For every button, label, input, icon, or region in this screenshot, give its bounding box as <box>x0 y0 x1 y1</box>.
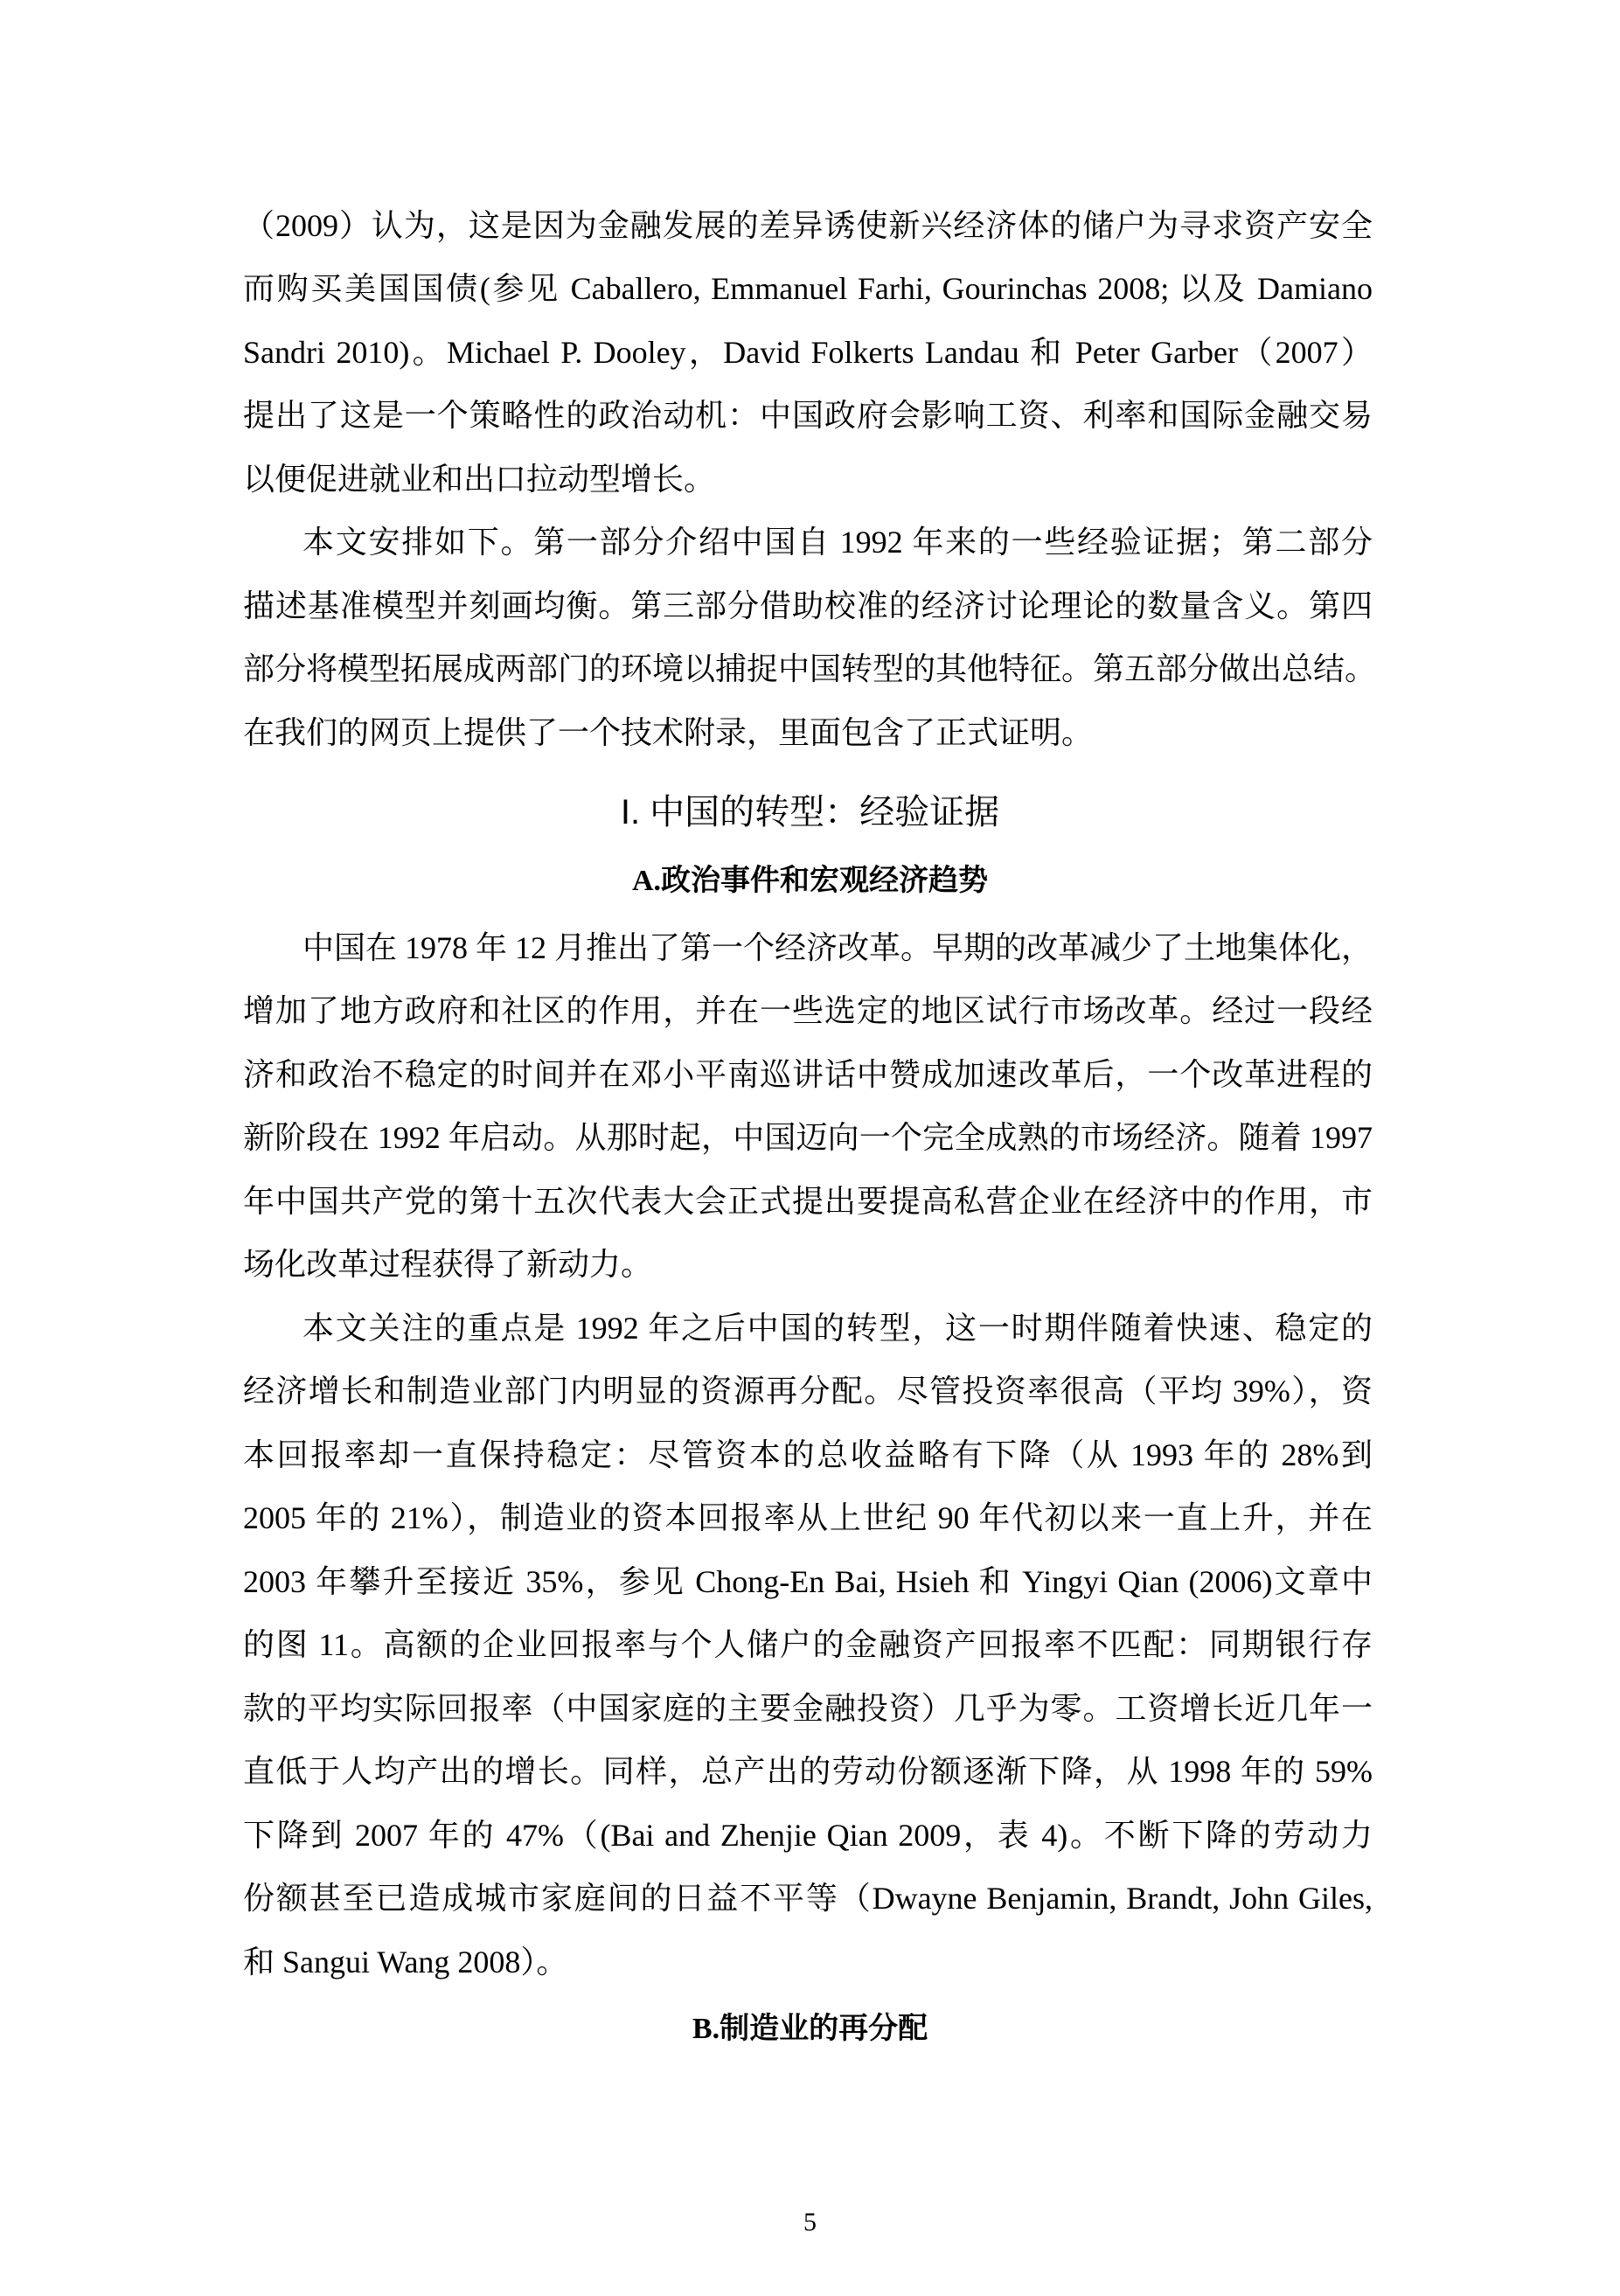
body-text-line: 增加了地方政府和社区的作用，并在一些选定的地区试行市场改革。经过一段经 <box>243 991 1373 1030</box>
body-text-line: 本回报率却一直保持稳定：尽管资本的总收益略有下降（从 1993 年的 28%到 <box>243 1436 1373 1474</box>
body-text-line: 新阶段在 1992 年启动。从那时起，中国迈向一个完全成熟的市场经济。随着 19… <box>243 1118 1373 1157</box>
body-text-line: 直低于人均产出的增长。同样，总产出的劳动份额逐渐下降，从 1998 年的 59% <box>243 1752 1373 1791</box>
body-text-line: 经济增长和制造业部门内明显的资源再分配。尽管投资率很高（平均 39%），资 <box>243 1372 1373 1410</box>
body-text-line: 2005 年的 21%），制造业的资本回报率从上世纪 90 年代初以来一直上升，… <box>243 1499 1373 1537</box>
subsection-heading-a: A.政治事件和宏观经济趋势 <box>0 862 1620 901</box>
body-text-line: 中国在 1978 年 12 月推出了第一个经济改革。早期的改革减少了土地集体化， <box>302 929 1373 967</box>
body-text-line: 款的平均实际回报率（中国家庭的主要金融投资）几乎为零。工资增长近几年一 <box>243 1689 1373 1728</box>
body-text-line: 在我们的网页上提供了一个技术附录，里面包含了正式证明。 <box>243 713 1373 752</box>
subsection-heading-b: B.制造业的再分配 <box>0 2010 1620 2049</box>
page-number: 5 <box>0 2208 1620 2237</box>
body-text-line: 提出了这是一个策略性的政治动机：中国政府会影响工资、利率和国际金融交易 <box>243 396 1373 435</box>
body-text-line: 场化改革过程获得了新动力。 <box>243 1245 1373 1284</box>
body-text-line: 的图 11。高额的企业回报率与个人储户的金融资产回报率不匹配：同期银行存 <box>243 1625 1373 1664</box>
body-text-line: 以便促进就业和出口拉动型增长。 <box>243 460 1373 498</box>
body-text-line: Sandri 2010)。Michael P. Dooley，David Fol… <box>243 333 1373 372</box>
section-heading: I. 中国的转型：经验证据 <box>0 790 1620 834</box>
body-text-line: 下降到 2007 年的 47%（(Bai and Zhenjie Qian 20… <box>243 1816 1373 1854</box>
body-text-line: 部分将模型拓展成两部门的环境以捕捉中国转型的其他特征。第五部分做出总结。 <box>243 650 1373 688</box>
body-text-line: 本文关注的重点是 1992 年之后中国的转型，这一时期伴随着快速、稳定的 <box>302 1309 1373 1347</box>
body-text-line: 和 Sangui Wang 2008）。 <box>243 1943 1373 1981</box>
body-text-line: 份额甚至已造成城市家庭间的日益不平等（Dwayne Benjamin, Bran… <box>243 1879 1373 1917</box>
body-text-line: 2003 年攀升至接近 35%，参见 Chong-En Bai, Hsieh 和… <box>243 1562 1373 1601</box>
body-text-line: 而购买美国国债(参见 Caballero, Emmanuel Farhi, Go… <box>243 269 1373 308</box>
body-text-line: 济和政治不稳定的时间并在邓小平南巡讲话中赞成加速改革后，一个改革进程的 <box>243 1055 1373 1094</box>
body-text-line: （2009）认为，这是因为金融发展的差异诱使新兴经济体的储户为寻求资产安全 <box>243 206 1373 245</box>
body-text-line: 本文安排如下。第一部分介绍中国自 1992 年来的一些经验证据；第二部分 <box>302 523 1373 561</box>
body-text-line: 描述基准模型并刻画均衡。第三部分借助校准的经济讨论理论的数量含义。第四 <box>243 587 1373 625</box>
document-page: （2009）认为，这是因为金融发展的差异诱使新兴经济体的储户为寻求资产安全 而购… <box>0 0 1620 2296</box>
body-text-line: 年中国共产党的第十五次代表大会正式提出要提高私营企业在经济中的作用，市 <box>243 1182 1373 1221</box>
